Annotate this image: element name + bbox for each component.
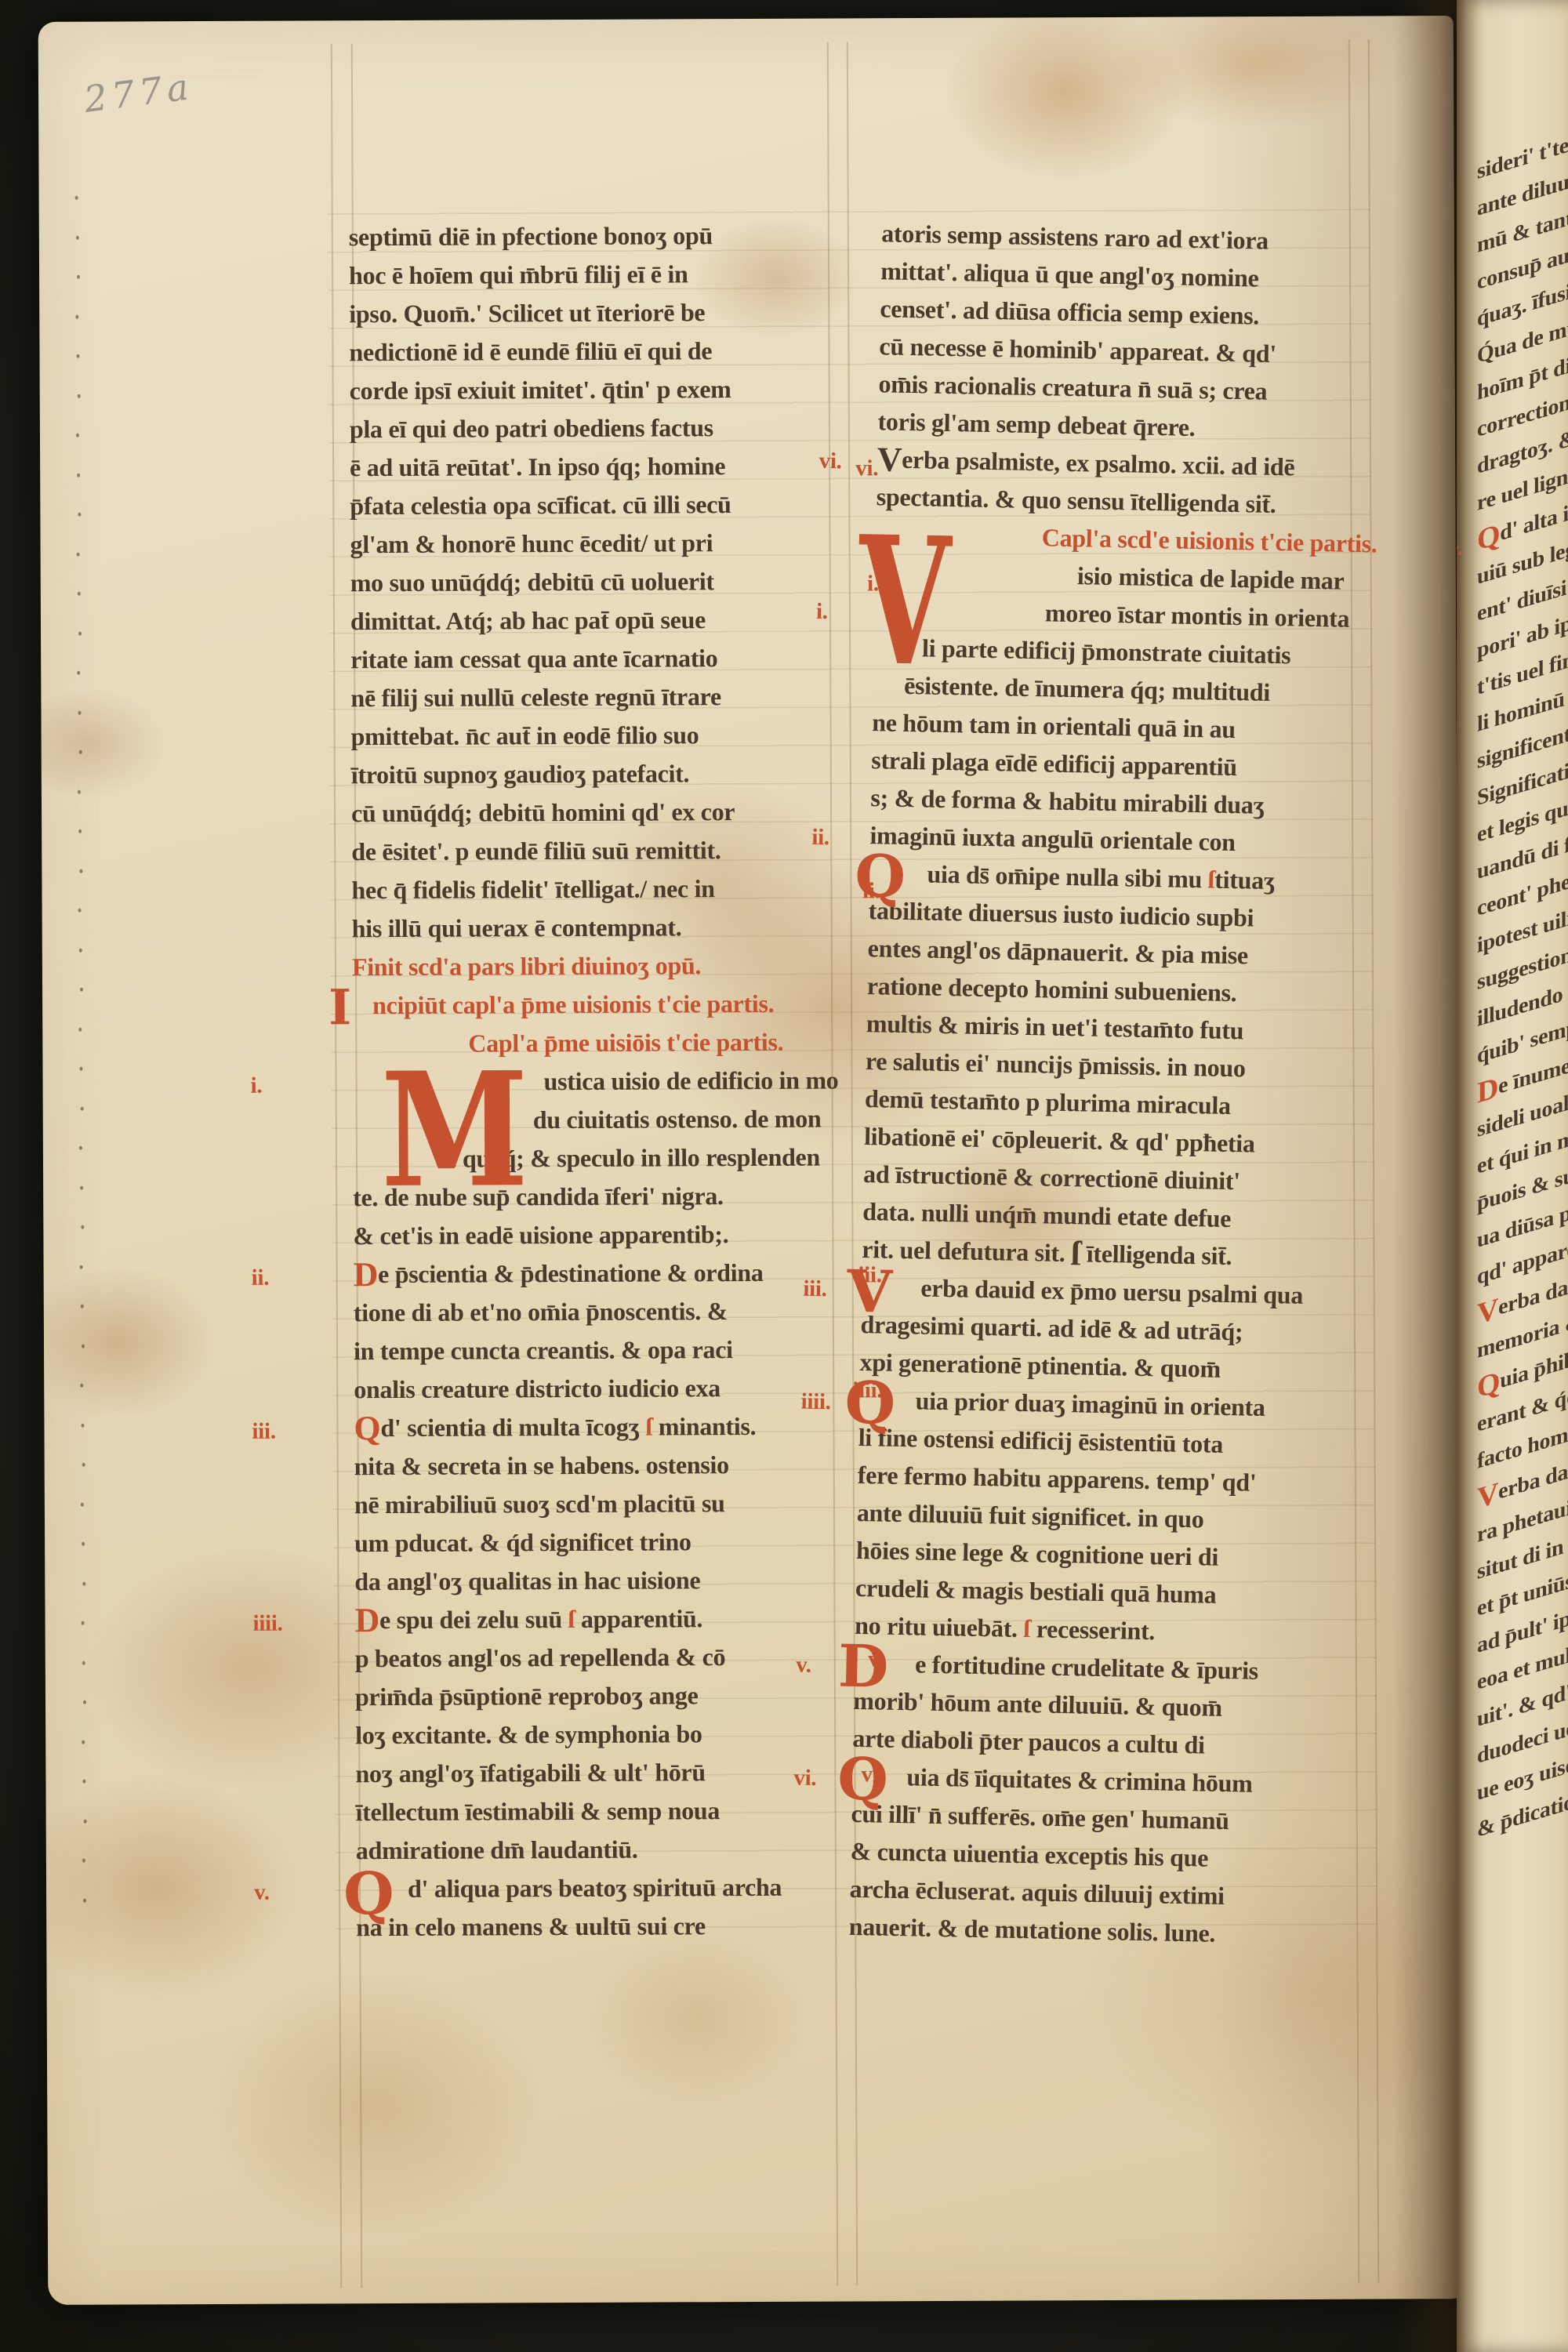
text-line: ii.iii.De p̄scientia & p̄destinatione & … [354, 1254, 832, 1294]
text-line: nita & secreta in se habens. ostensio [354, 1446, 833, 1486]
facing-page-column: sideri' t'te ab eis qualitatib;ante dilu… [1477, 54, 1568, 1849]
text-line: nē mirabiliuū suoʒ scd'm placitū su [354, 1484, 833, 1525]
margin-chapter-numeral: ii. [252, 1259, 270, 1298]
margin-chapter-numeral: v. [1457, 530, 1462, 571]
chapter-initial: Q [844, 1374, 896, 1433]
prick-mark [78, 829, 82, 833]
text-line: ītellectum īestimabili & semp noua [356, 1791, 834, 1832]
text-line: de ēsitet'. p eundē filiū suū remittit. [351, 831, 829, 872]
text-column-right: atoris semp assistens raro ad ext'iorami… [848, 214, 1363, 1954]
prick-mark [82, 1344, 85, 1348]
margin-chapter-numeral: i. [816, 593, 829, 630]
margin-chapter-numeral: vi. [818, 442, 842, 481]
chapter-initial: V [857, 514, 951, 691]
margin-chapter-numeral: iii. [803, 1270, 827, 1308]
prick-mark [81, 1106, 84, 1110]
chapter-initial: Q [343, 1865, 394, 1923]
text-line: pmittebat. n̄c aut̄ in eodē filio suo [351, 716, 829, 757]
text-line: admiratione dm̄ laudantiū. [356, 1830, 834, 1871]
prick-mark [76, 434, 79, 437]
prick-mark [78, 394, 81, 397]
rubricated-text: ſ [645, 1413, 652, 1441]
prick-mark [81, 1502, 84, 1506]
prick-mark [81, 1423, 84, 1427]
prick-mark [79, 948, 82, 952]
body-text: d' scientia di multa īcogʒ [380, 1413, 645, 1442]
chapter-initial: Q [855, 848, 906, 906]
body-text: e spu dei zelu suū [379, 1605, 568, 1634]
prick-mark [83, 1700, 86, 1704]
body-text: rit. uel defutura sit. [862, 1235, 1072, 1267]
margin-chapter-numeral: v. [254, 1874, 270, 1912]
rubricated-text: Q [1477, 1365, 1500, 1405]
text-line: his illū qui uerax ē contempnat. [352, 908, 830, 949]
prick-mark [78, 631, 82, 635]
prick-mark [78, 710, 81, 714]
text-line: ipso. Quom̄.' Scilicet ut īteriorē be [349, 293, 827, 334]
body-text: ītelligenda sit̄. [1080, 1239, 1232, 1270]
margin-chapter-numeral: iiii. [252, 1605, 282, 1643]
rubricated-text: D [1477, 1071, 1498, 1110]
margin-chapter-numeral: v. [796, 1646, 811, 1684]
text-line: iiii.De spu dei zelu suū ſ apparentiū. [354, 1599, 833, 1640]
prick-mark [82, 1780, 85, 1784]
text-line: tione di ab et'no om̄ia p̄noscentis. & [354, 1292, 832, 1333]
prick-mark [77, 552, 80, 556]
body-text: apparentiū. [575, 1604, 702, 1633]
text-line: da angl'oʒ qualitas in hac uisione [354, 1561, 833, 1602]
margin-chapter-numeral: vi. [793, 1759, 817, 1797]
chapter-initial: M [380, 1051, 528, 1209]
chapter-initial: I [328, 983, 351, 1032]
text-line: nedictionē id ē eundē filiū eī qui de [349, 332, 827, 372]
photo-backdrop: 277a septimū diē in pfectione bonoʒ opūh… [0, 0, 1568, 2352]
text-line: v.p beatos angl'os ad repellenda & cō [355, 1638, 833, 1679]
text-line: corde ipsī exiuit imitet'. q̄tin' p exem [350, 370, 828, 411]
prick-mark [77, 473, 80, 477]
text-line: cū unūq́dq́; debitū homini qd' ex cor [351, 793, 829, 833]
text-line: pla eī qui deo patri obediens factus [350, 408, 828, 449]
prick-marks [38, 16, 1454, 22]
body-text: recesserint. [1030, 1614, 1156, 1645]
rubricated-text: Q [354, 1409, 380, 1447]
prick-mark [78, 909, 82, 913]
body-text: erba psalmiste, ex psalmo. xcii. ad idē [902, 445, 1295, 481]
text-line: Qv.d' aliqua pars beatoʒ spirituū archa [356, 1868, 834, 1909]
prick-mark [75, 314, 78, 318]
margin-chapter-numeral: ii. [811, 818, 829, 856]
prick-mark [79, 1146, 82, 1150]
rubricated-text: V [1477, 1476, 1498, 1515]
prick-mark [79, 869, 82, 873]
prick-mark [81, 1225, 84, 1229]
text-line: dimittat. Atq́; ab hac pat̄ opū seue [350, 601, 829, 641]
prick-mark [77, 671, 80, 675]
folio-number: 277a [82, 65, 195, 121]
prick-mark [82, 1740, 85, 1744]
text-line: Incipiūt capl'a p̄me uisionis t'cie part… [352, 985, 830, 1025]
text-line: Finit scd'a pars libri diuinoʒ opū. [352, 946, 830, 987]
rubricated-text: D [354, 1255, 379, 1294]
margin-chapter-numeral: vi. [855, 449, 878, 488]
prick-mark [77, 275, 80, 279]
text-line: p̄fata celestia opa scīficat. cū illi se… [350, 485, 828, 526]
ruling-line [1368, 40, 1379, 2284]
prick-mark [80, 1384, 83, 1388]
margin-chapter-numeral: i. [250, 1067, 262, 1105]
prick-mark [82, 1859, 85, 1863]
ruling-line [331, 44, 342, 2288]
body-text: e p̄scientia & p̄destinatione & ordina [378, 1258, 764, 1288]
text-line: nē filij sui nullū celeste regnū ītrare [350, 677, 829, 718]
text-line: iii.Qd' scientia di multa īcogʒ ſ minant… [354, 1407, 832, 1448]
prick-mark [76, 235, 79, 239]
body-text: tituaʒ [1214, 866, 1276, 895]
manuscript-page: 277a septimū diē in pfectione bonoʒ opūh… [38, 16, 1464, 2305]
text-line: iiii.onalis creature districto iudicio e… [354, 1369, 832, 1410]
rubricated-text: V [1477, 1292, 1498, 1331]
rubricated-text: Q [1477, 517, 1500, 557]
prick-mark [80, 1265, 83, 1269]
prick-mark [84, 1819, 87, 1823]
text-line: ītroitū supnoʒ gaudioʒ patefacit. [351, 754, 829, 795]
facing-page-edge: sideri' t'te ab eis qualitatib;ante dilu… [1457, 0, 1568, 2352]
prick-mark [78, 592, 81, 596]
text-line: vi.ē ad uitā reūtat'. In ipso q́q; homin… [350, 447, 828, 488]
prick-mark [82, 1463, 85, 1467]
text-line: loʒ excitante. & de symphonia bo [355, 1715, 833, 1755]
rubricated-text: ſ [568, 1605, 575, 1633]
text-line: gl'am & honorē hunc ēcedit/ ut pri [350, 524, 828, 564]
prick-mark [80, 988, 83, 992]
text-line: prim̄da p̄sūptionē reproboʒ ange [355, 1676, 833, 1717]
text-line: hoc ē hoīem qui m̄brū filij eī ē in [349, 255, 827, 296]
chapter-initial: D [837, 1638, 888, 1697]
text-column-left: septimū diē in pfectione bonoʒ opūhoc ē … [349, 216, 835, 1947]
prick-mark [82, 1542, 85, 1546]
text-line: i.mo suo unūq́dq́; debitū cū uoluerit [350, 562, 829, 603]
ruling-line [847, 42, 858, 2285]
prick-mark [78, 1027, 82, 1031]
prick-mark [82, 1661, 85, 1664]
text-line: ritate iam cessat qua ante īcarnatio [350, 639, 829, 680]
prick-mark [77, 354, 80, 358]
prick-mark [75, 196, 78, 200]
body-text: ſ [1071, 1234, 1081, 1272]
text-line: septimū diē in pfectione bonoʒ opū [349, 216, 827, 257]
prick-mark [82, 1581, 85, 1585]
prick-mark [78, 513, 81, 517]
text-line: um pducat. & q́d significet trino [354, 1523, 833, 1563]
prick-mark [79, 1067, 82, 1071]
text-line: in tempe cuncta creantis. & opa raci [354, 1330, 832, 1371]
rubricated-text: D [354, 1601, 379, 1639]
text-line: vi.noʒ angl'oʒ īfatigabili & ult' hōrū [355, 1753, 833, 1794]
margin-chapter-numeral: iiii. [800, 1383, 831, 1421]
body-text: uia ds̄ om̄ipe nulla sibi mu [927, 860, 1208, 894]
margin-chapter-numeral: iii. [252, 1413, 275, 1451]
body-text: V [877, 440, 902, 479]
prick-mark [78, 789, 81, 793]
body-text: minantis. [652, 1412, 756, 1441]
text-line: ii.hec q̄ fidelis fidelit' ītelligat./ n… [351, 869, 829, 910]
text-line: na in celo manens & uultū sui cre [356, 1907, 834, 1947]
prick-mark [81, 1305, 84, 1308]
prick-mark [83, 1898, 86, 1902]
chapter-initial: V [847, 1263, 893, 1322]
text-line: Mi.ustica uisio de edificio in mo [352, 1062, 830, 1102]
prick-mark [82, 1621, 85, 1625]
prick-mark [79, 750, 82, 754]
prick-mark [80, 1185, 83, 1189]
chapter-initial: Q [837, 1751, 889, 1809]
